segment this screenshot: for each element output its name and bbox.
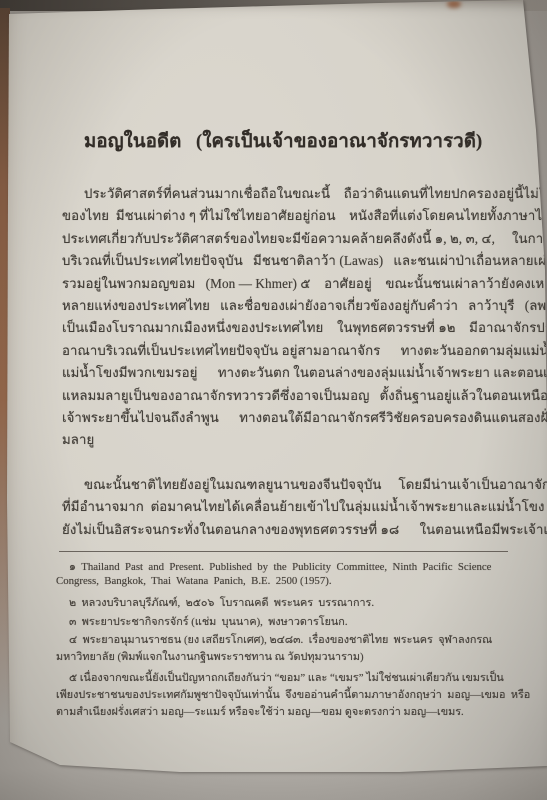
footnote-divider — [59, 551, 508, 552]
text-line: ที่มีอำนาจมาก ต่อมาคนไทยได้เคลื่อนย้ายเข… — [62, 496, 512, 518]
page-title: มอญในอดีต (ใครเป็นเจ้าของอาณาจักรทวารวดี… — [84, 127, 482, 156]
text-line: แหลมมลายูเป็นของอาณาจักรทวารวดีซึ่งอาจเป… — [62, 385, 512, 407]
footnote-5: ๕ เนื่องจากขณะนี้ยังเป็นปัญหาถกเถียงกันว… — [56, 669, 512, 721]
footnote-line: ๔ พระยาอนุมานราชธน (ยง เสถียรโกเศศ), ๒๔๘… — [56, 631, 512, 648]
body-paragraph-1: ประวัติศาสตร์ที่คนส่วนมากเชื่อถือในขณะนี… — [62, 183, 512, 452]
text-line: ขณะนั้นชาติไทยยังอยู่ในมณฑลยูนานของจีนปั… — [62, 474, 512, 496]
footnote-line: ๕ เนื่องจากขณะนี้ยังเป็นปัญหาถกเถียงกันว… — [56, 669, 512, 686]
text-line: บริเวณที่เป็นประเทศไทยปัจจุบัน มีชนชาติล… — [62, 250, 512, 272]
text-line: หลายแห่งของประเทศไทย และชื่อของเผ่ายังอา… — [62, 295, 512, 317]
footnote-line: Congress, Bangkok, Thai Watana Panich, B… — [56, 575, 512, 592]
text-line: ประเทศเกี่ยวกับประวัติศาสตร์ของไทยจะมีข้… — [62, 228, 512, 250]
footnote-line: ตามสำเนียงฝรั่งเศสว่า มอญ—ระแมร์ หรือจะใ… — [56, 703, 512, 720]
footnote-4: ๔ พระยาอนุมานราชธน (ยง เสถียรโกเศศ), ๒๔๘… — [56, 631, 512, 665]
footnote-2: ๒ หลวงบริบาลบุรีภัณฑ์, ๒๕๐๖ โบราณคดี พระ… — [56, 594, 512, 611]
text-line: เป็นเมืองโบราณมากเมืองหนึ่งของประเทศไทย … — [62, 317, 512, 339]
text-line: ของไทย มีชนเผ่าต่าง ๆ ที่ไม่ใช่ไทยอาศัยอ… — [62, 205, 512, 227]
footnote-3: ๓ พระยาประชากิจกรจักร์ (แช่ม บุนนาค), พง… — [56, 613, 512, 630]
text-line: รวมอยู่ในพวกมอญขอม (Mon — Khmer) ๕ อาศัย… — [62, 273, 512, 295]
footnote-line: ๓ พระยาประชากิจกรจักร์ (แช่ม บุนนาค), พง… — [56, 613, 512, 630]
page-wrap: มอญในอดีต (ใครเป็นเจ้าของอาณาจักรทวารวดี… — [0, 0, 547, 800]
footnote-line: ๒ หลวงบริบาลบุรีภัณฑ์, ๒๕๐๖ โบราณคดี พระ… — [56, 594, 512, 611]
paper-stain — [447, 0, 461, 8]
footnote-line: ๑ Thailand Past and Present. Published b… — [56, 558, 512, 575]
book-page-photo: มอญในอดีต (ใครเป็นเจ้าของอาณาจักรทวารวดี… — [0, 0, 547, 800]
footnotes: ๑ Thailand Past and Present. Published b… — [56, 558, 512, 722]
text-line: ยังไม่เป็นอิสระจนกระทั่งในตอนกลางของพุทธ… — [62, 519, 512, 541]
footnote-line: มหาวิทยาลัย (พิมพ์แจกในงานกฐินพระราชทาน … — [56, 648, 512, 665]
text-line: แม่น้ำโขงมีพวกเขมรอยู่ ทางตะวันตก ในตอนล… — [62, 362, 512, 384]
body-paragraph-2: ขณะนั้นชาติไทยยังอยู่ในมณฑลยูนานของจีนปั… — [62, 474, 512, 541]
text-line: มลายู — [62, 429, 512, 451]
page: มอญในอดีต (ใครเป็นเจ้าของอาณาจักรทวารวดี… — [0, 0, 547, 800]
text-line: ประวัติศาสตร์ที่คนส่วนมากเชื่อถือในขณะนี… — [62, 183, 512, 205]
text-line: เจ้าพระยาขึ้นไปจนถึงลำพูน ทางตอนใต้มีอาณ… — [62, 407, 512, 429]
footnote-line: เพียงประชาชนของประเทศกัมพูชาปัจจุบันเท่า… — [56, 686, 512, 703]
text-line: อาณาบริเวณที่เป็นประเทศไทยปัจจุบัน อยู่ส… — [62, 340, 512, 362]
footnote-1: ๑ Thailand Past and Present. Published b… — [56, 558, 512, 592]
